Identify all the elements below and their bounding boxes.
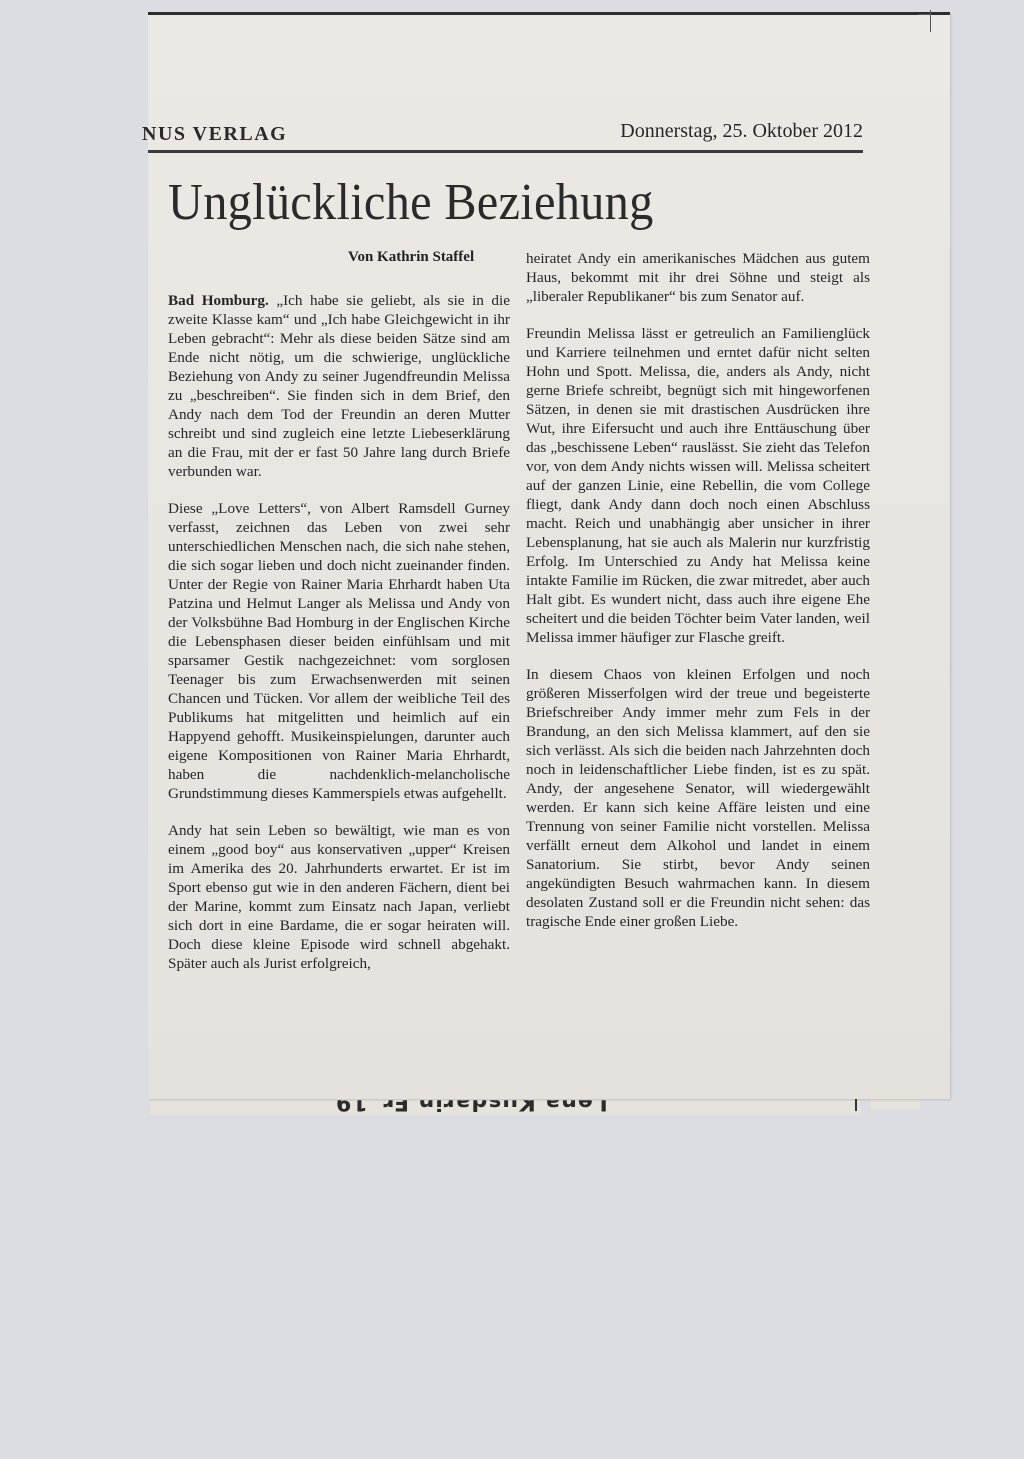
crop-mark [918, 14, 932, 15]
edge-mark [855, 1097, 857, 1111]
publisher-name: NUS VERLAG [142, 123, 287, 146]
paragraph-text: „Ich habe sie geliebt, als sie in die zw… [168, 292, 510, 480]
dateline: Bad Homburg. [168, 292, 269, 309]
newspaper-clipping: NUS VERLAG Donnerstag, 25. Oktober 2012 … [148, 12, 950, 1099]
paragraph: Andy hat sein Leben so bewältigt, wie ma… [168, 821, 510, 973]
publication-date: Donnerstag, 25. Oktober 2012 [620, 120, 863, 143]
article-column-1: Bad Homburg. „Ich habe sie geliebt, als … [168, 291, 510, 991]
article-headline: Unglückliche Beziehung [168, 173, 654, 232]
paragraph: In diesem Chaos von kleinen Erfolgen und… [526, 665, 870, 931]
paragraph: Bad Homburg. „Ich habe sie geliebt, als … [168, 291, 510, 481]
paragraph: Diese „Love Letters“, von Albert Ramsdel… [168, 499, 510, 803]
article-byline: Von Kathrin Staffel [348, 249, 474, 266]
paragraph: heiratet Andy ein amerikanisches Mädchen… [526, 249, 870, 306]
article-column-2: heiratet Andy ein amerikanisches Mädchen… [526, 249, 870, 949]
paragraph: Freundin Melissa lässt er getreulich an … [526, 324, 870, 647]
masthead: NUS VERLAG Donnerstag, 25. Oktober 2012 [148, 120, 863, 153]
